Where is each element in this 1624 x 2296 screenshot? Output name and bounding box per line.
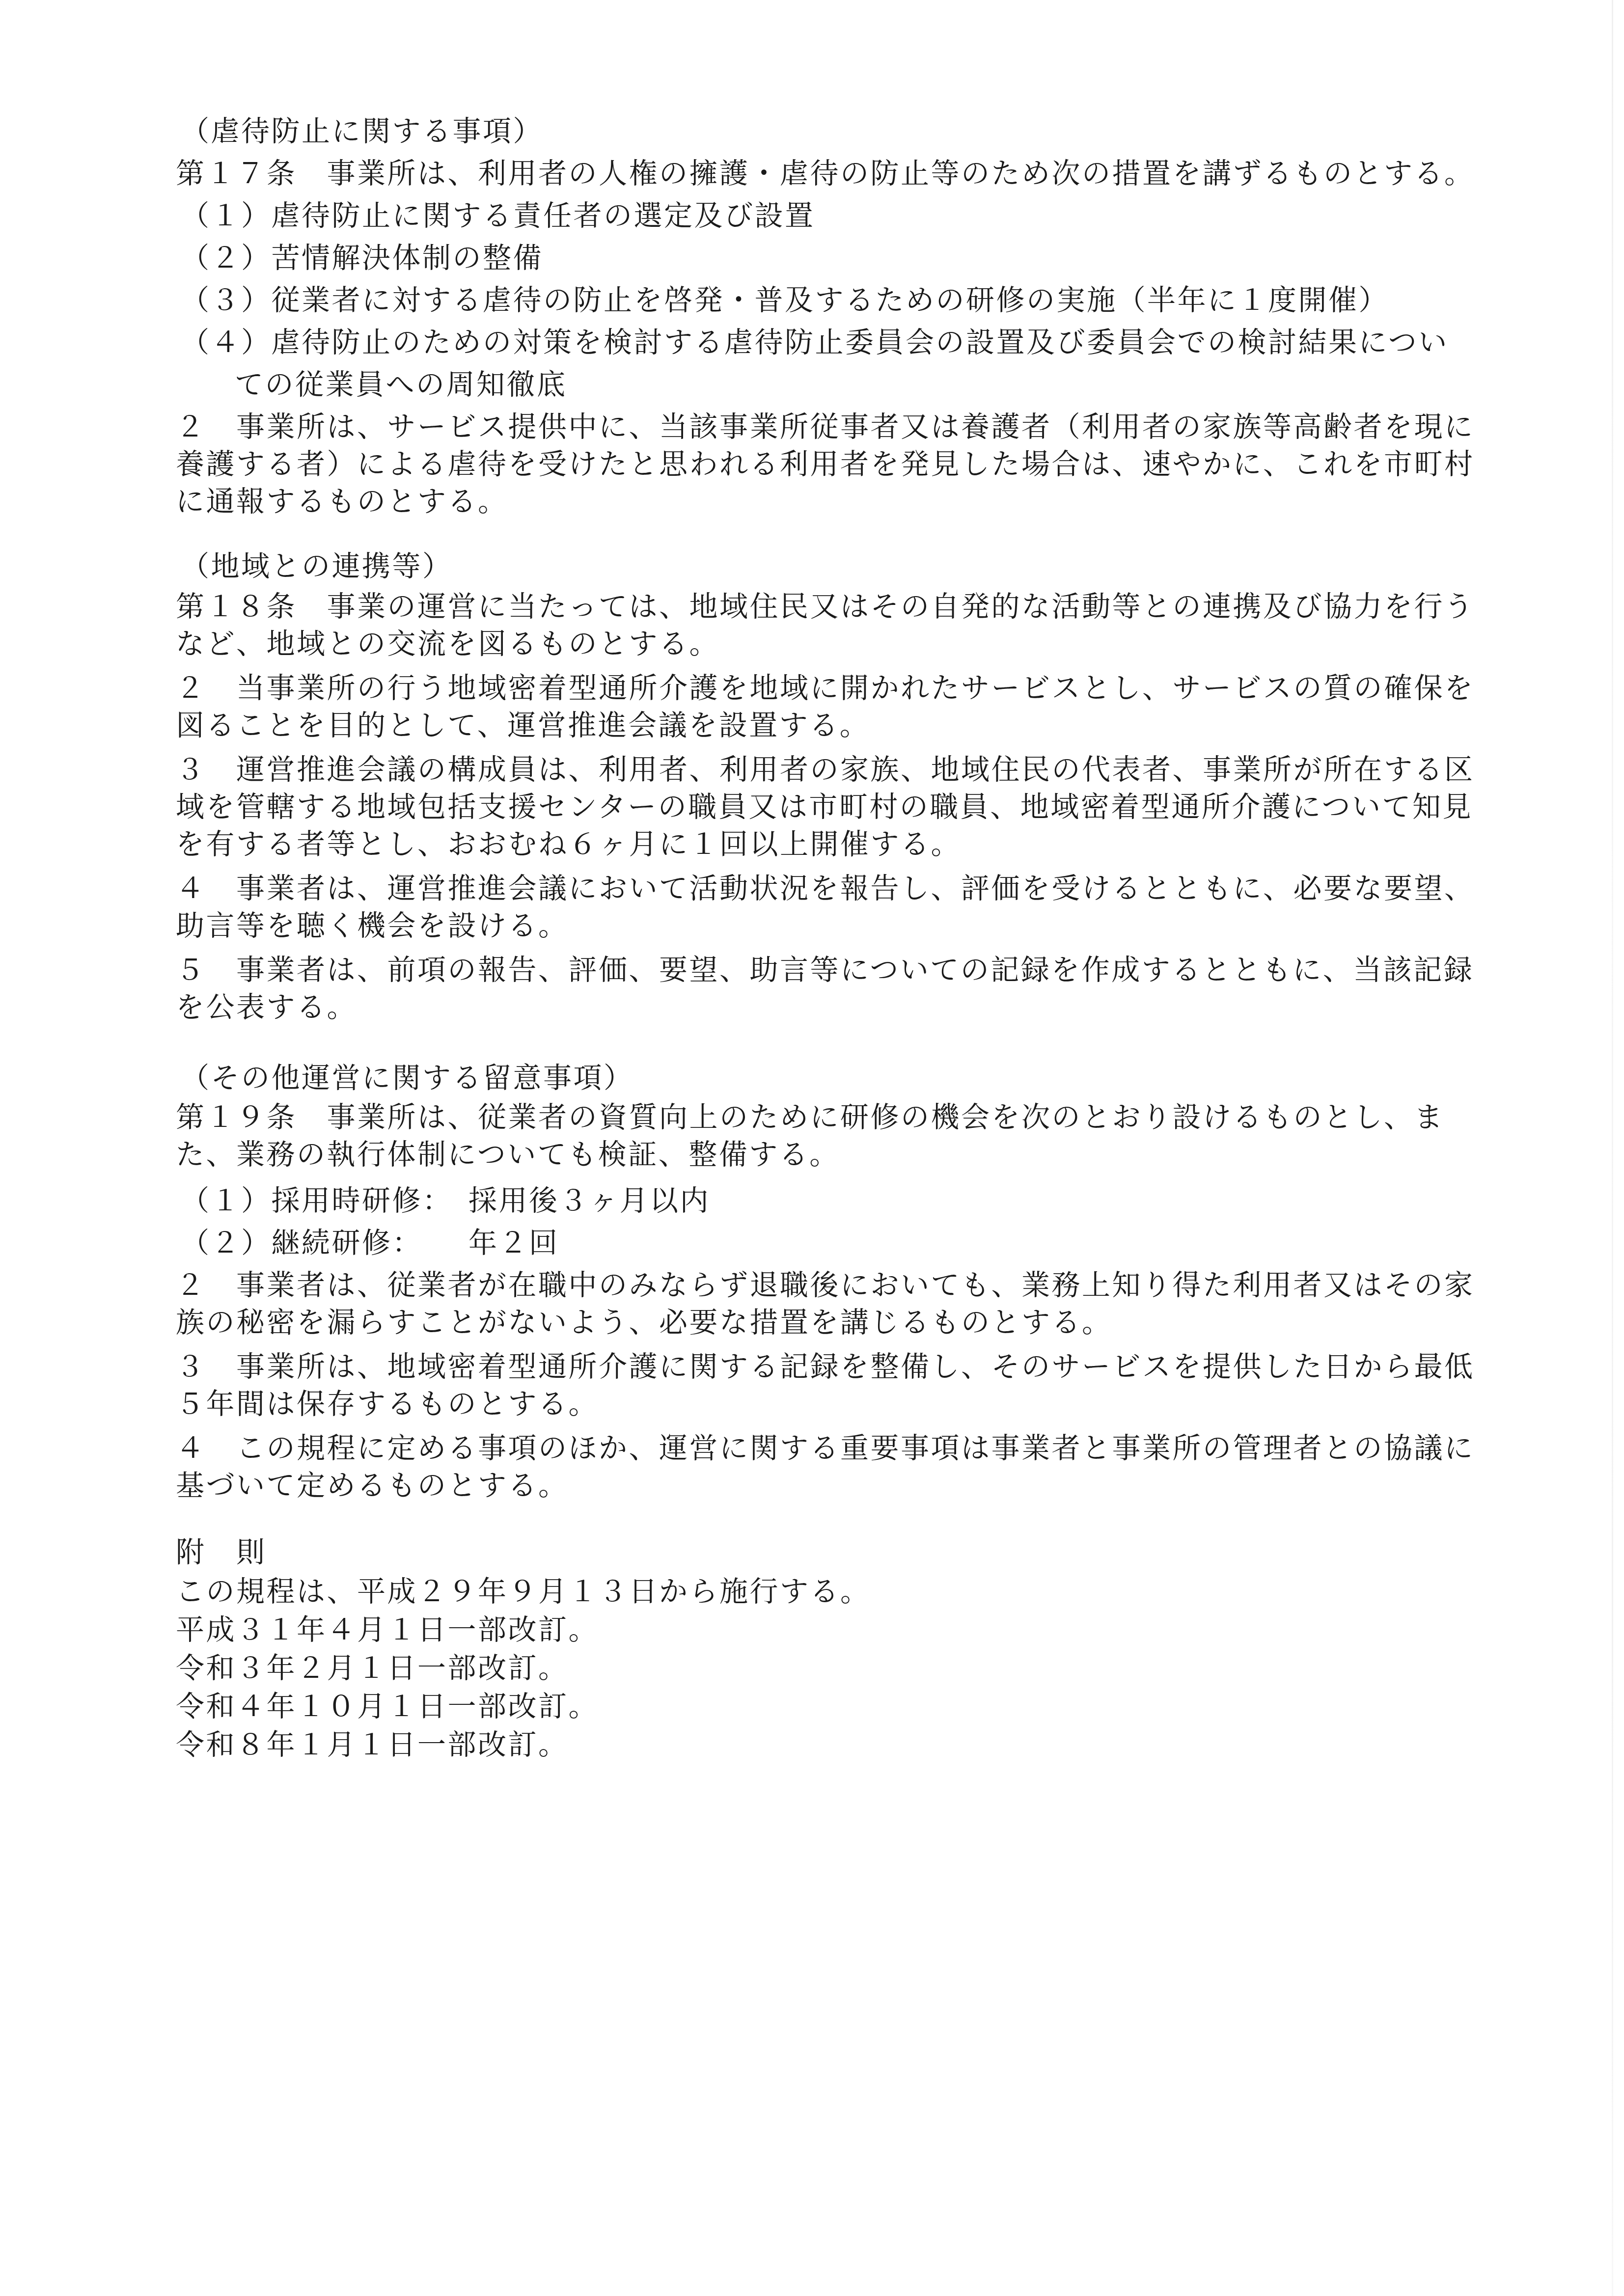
article-17-para-2-cont-1: 養護する者）による虐待を受けたと思われる利用者を発見した場合は、速やかに、これを… (176, 447, 1475, 481)
article-17-item-1: （１）虐待防止に関する責任者の選定及び設置 (181, 198, 815, 233)
article-18-para-4: ４ 事業者は、運営推進会議において活動状況を報告し、評価を受けるとともに、必要な… (176, 871, 1475, 905)
article-18-para-3: ３ 運営推進会議の構成員は、利用者、利用者の家族、地域住民の代表者、事業所が所在… (176, 752, 1475, 787)
article-18-para-2: ２ 当事業所の行う地域密着型通所介護を地域に開かれたサービスとし、サービスの質の… (176, 671, 1475, 705)
article-19-item-1: （１）採用時研修： 採用後３ヶ月以内 (181, 1183, 710, 1218)
article-17-text: 第１７条 事業所は、利用者の人権の擁護・虐待の防止等のため次の措置を講ずるものと… (176, 156, 1475, 191)
article-17-item-2: （２）苦情解決体制の整備 (181, 241, 543, 275)
article-19-item-2: （２）継続研修： 年２回 (181, 1226, 559, 1260)
article-19-text: 第１９条 事業所は、従業者の資質向上のために研修の機会を次のとおり設けるものとし… (176, 1100, 1444, 1134)
article-18-para-5-cont: を公表する。 (176, 990, 357, 1024)
article-18-para-5: ５ 事業者は、前項の報告、評価、要望、助言等についての記録を作成するとともに、当… (176, 953, 1474, 987)
revision-r8: 令和８年１月１日一部改訂。 (176, 1727, 569, 1762)
document-page: （虐待防止に関する事項） 第１７条 事業所は、利用者の人権の擁護・虐待の防止等の… (0, 0, 1624, 2296)
article-19-para-2: ２ 事業者は、従業者が在職中のみならず退職後においても、業務上知り得た利用者又は… (176, 1268, 1475, 1302)
article-17-item-3: （３）従業者に対する虐待の防止を啓発・普及するための研修の実施（半年に１度開催） (181, 283, 1389, 317)
supplementary-provisions-heading: 附 則 (176, 1535, 267, 1569)
article-17-para-2-cont-2: に通報するものとする。 (176, 484, 508, 519)
article-18-text: 第１８条 事業の運営に当たっては、地域住民又はその自発的な活動等との連携及び協力… (176, 589, 1475, 624)
article-18-para-3-cont-2: を有する者等とし、おおむね６ヶ月に１回以上開催する。 (176, 827, 961, 861)
article-19-para-4: ４ この規程に定める事項のほか、運営に関する重要事項は事業者と事業所の管理者との… (176, 1431, 1475, 1465)
revision-r3: 令和３年２月１日一部改訂。 (176, 1651, 569, 1685)
article-19-para-2-cont: 族の秘密を漏らすことがないよう、必要な措置を講じるものとする。 (176, 1305, 1112, 1339)
article-18-para-4-cont: 助言等を聴く機会を設ける。 (176, 908, 569, 943)
revision-r4: 令和４年１０月１日一部改訂。 (176, 1689, 599, 1723)
article-18-para-3-cont-1: 域を管轄する地域包括支援センターの職員又は市町村の職員、地域密着型通所介護につい… (176, 790, 1473, 824)
section-heading-abuse-prevention: （虐待防止に関する事項） (181, 114, 543, 148)
article-17-item-4-cont: ての従業員への周知徹底 (235, 367, 567, 402)
section-heading-community: （地域との連携等） (181, 549, 453, 583)
article-19-text-cont: た、業務の執行体制についても検証、整備する。 (176, 1137, 840, 1172)
article-18-para-2-cont: 図ることを目的として、運営推進会議を設置する。 (176, 708, 870, 742)
article-17-para-2: ２ 事業所は、サービス提供中に、当該事業所従事者又は養護者（利用者の家族等高齢者… (176, 410, 1475, 444)
scan-edge-artifact (1612, 0, 1613, 2296)
enforcement-date: この規程は、平成２９年９月１３日から施行する。 (176, 1574, 871, 1609)
article-19-para-4-cont: 基づいて定めるものとする。 (176, 1468, 569, 1503)
section-heading-other-operations: （その他運営に関する留意事項） (181, 1061, 634, 1095)
revision-h31: 平成３１年４月１日一部改訂。 (176, 1613, 599, 1647)
article-19-para-3-cont: ５年間は保存するものとする。 (176, 1387, 599, 1421)
article-19-para-3: ３ 事業所は、地域密着型通所介護に関する記録を整備し、そのサービスを提供した日か… (176, 1349, 1475, 1384)
article-18-text-cont: など、地域との交流を図るものとする。 (176, 627, 719, 661)
article-17-item-4: （４）虐待防止のための対策を検討する虐待防止委員会の設置及び委員会での検討結果に… (181, 325, 1449, 359)
